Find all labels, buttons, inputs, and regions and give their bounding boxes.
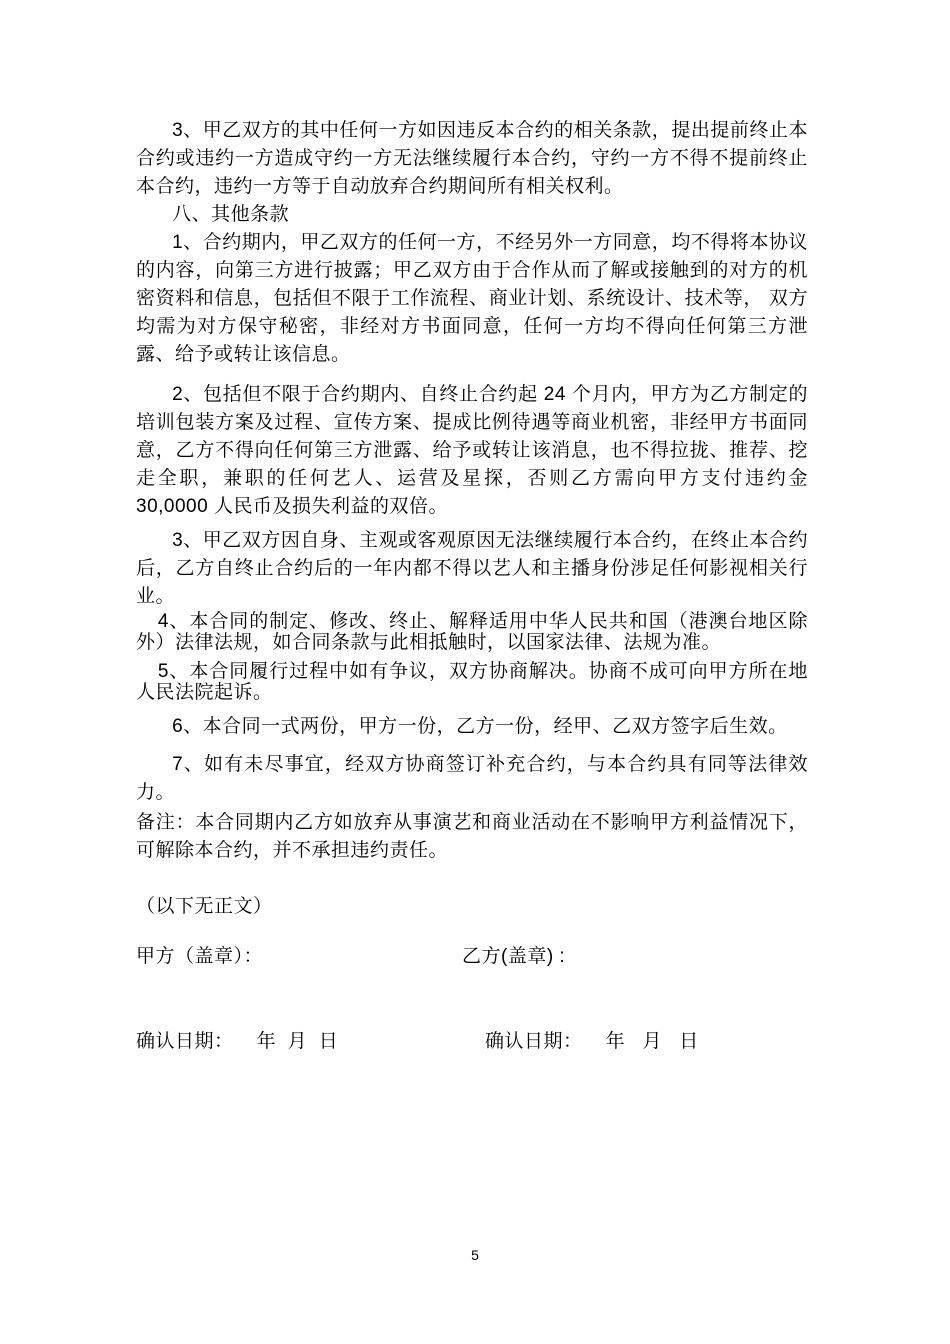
- clause-paragraph-7-3: 3、甲乙双方的其中任何一方如因违反本合约的相关条款，提出提前终止本合约或违约一方…: [136, 117, 808, 201]
- clause-paragraph-8-6: 6、本合同一式两份，甲方一份，乙方一份，经甲、乙双方签字后生效。: [136, 713, 808, 741]
- document-page: 3、甲乙双方的其中任何一方如因违反本合约的相关条款，提出提前终止本合约或违约一方…: [0, 0, 950, 1344]
- clause-paragraph-8-4: 4、本合同的制定、修改、终止、解释适用中华人民共和国（港澳台地区除外）法律法规，…: [136, 611, 808, 653]
- end-of-text-marker: （以下无正文）: [136, 893, 808, 921]
- clause-paragraph-8-7: 7、如有未尽事宜，经双方协商签订补充合约，与本合约具有同等法律效力。: [136, 751, 808, 807]
- clause-paragraph-8-5: 5、本合同履行过程中如有争议，双方协商解决。协商不成可向甲方所在地人民法院起诉。: [136, 661, 808, 703]
- page-number: 5: [0, 1246, 950, 1264]
- party-a-seal-label: 甲方（盖章）：: [136, 943, 263, 971]
- contract-body: 3、甲乙双方的其中任何一方如因违反本合约的相关条款，提出提前终止本合约或违约一方…: [136, 117, 808, 1056]
- party-b-seal-label: 乙方(盖章) :: [462, 943, 565, 971]
- section-heading-other-terms: 八、其他条款: [136, 201, 808, 229]
- party-b-date-label: 确认日期： 年 月 日: [485, 1028, 699, 1056]
- clause-paragraph-8-3: 3、甲乙双方因自身、主观或客观原因无法继续履行本合约，在终止本合约后，乙方自终止…: [136, 527, 808, 611]
- clause-paragraph-8-1: 1、合约期内，甲乙双方的任何一方，不经另外一方同意，均不得将本协议的内容，向第三…: [136, 229, 808, 369]
- confirmation-date-row: 确认日期： 年 月 日 确认日期： 年 月 日: [136, 1028, 808, 1056]
- party-a-date-label: 确认日期： 年 月 日: [136, 1028, 338, 1056]
- remark-paragraph: 备注：本合同期内乙方如放弃从事演艺和商业活动在不影响甲方利益情况下，可解除本合约…: [136, 809, 808, 865]
- clause-paragraph-8-2: 2、包括但不限于合约期内、自终止合约起 24 个月内，甲方为乙方制定的培训包装方…: [136, 381, 808, 521]
- signature-row: 甲方（盖章）： 乙方(盖章) :: [136, 943, 808, 971]
